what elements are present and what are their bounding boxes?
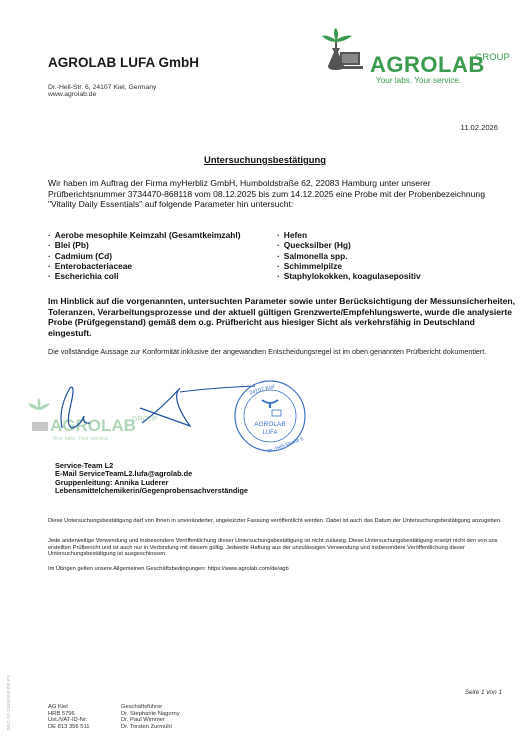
logo-tagline: Your labs. Your service. [376,76,461,85]
company-address: Dr.-Hell-Str. 6, 24107 Kiel, Germany www… [48,84,156,99]
footer-vat-number: DE 813 356 511 [48,724,89,731]
address-line: Dr.-Hell-Str. 6, 24107 Kiel, Germany [48,84,156,91]
svg-text:Dr.-Hell-Straße 6: Dr.-Hell-Straße 6 [267,436,305,454]
fine-print-terms: Im Übrigen gelten unsere Allgemeinen Ges… [48,566,518,573]
footer-manager: Dr. Paul Wimmer [121,717,180,724]
watermark-plant-icon [28,398,50,434]
parameter-item: Staphylokokken, koagulasepositiv [277,271,497,281]
company-name: AGROLAB LUFA GmbH [48,55,199,70]
parameter-item: Blei (Pb) [48,240,277,250]
fine-print-publication: Diese Untersuchungsbestätigung darf von … [48,518,518,525]
svg-text:LUFA: LUFA [262,430,277,436]
footer-management-label: Geschäftsführer [121,704,180,711]
logo-wordmark: AGROLAB [370,52,485,78]
parameter-item: Cadmium (Cd) [48,251,277,261]
footer-management: Geschäftsführer Dr. Stephanie Nagorny Dr… [121,704,180,730]
footer-manager: Dr. Torsten Zurmühl [121,724,180,731]
website-link[interactable]: www.agrolab.de [48,91,156,98]
footer-court: AG Kiel [48,704,89,711]
agrolab-logo: AGROLAB GROUP Your labs. Your service. [320,28,510,90]
lead-role: Lebensmittelchemikerin/Gegenprobensachve… [55,487,248,495]
parameter-list: Aerobe mesophile Keimzahl (Gesamtkeimzah… [48,230,508,281]
footer-manager: Dr. Stephanie Nagorny [121,711,180,718]
flask-plant-laptop-icon [320,28,368,76]
parameter-item: Enterobacteriaceae [48,261,277,271]
fine-print-restrictions: Jede anderweitige Verwendung und insbeso… [48,538,518,558]
footer-vat-label: Ust./VAT-ID-Nr: [48,717,89,724]
document-title: Untersuchungsbestätigung [0,154,530,165]
handwritten-signature [50,378,260,448]
intro-paragraph: Wir haben im Auftrag der Firma myHerbliz… [48,178,508,210]
parameter-item: Quecksilber (Hg) [277,240,497,250]
parameter-item: Hefen [277,230,497,240]
footer-registration: AG Kiel HRB 5796 Ust./VAT-ID-Nr: DE 813 … [48,704,89,730]
logo-group: GROUP [475,52,510,63]
parameter-item: Escherichia coli [48,271,277,281]
conformity-note: Die vollständige Aussage zur Konformität… [48,348,518,356]
company-stamp: AGROLAB LUFA 24107 Kiel Dr.-Hell-Straße … [232,378,308,454]
signature-area: AGROLAB GROUP Your labs. Your service. A… [20,378,320,458]
svg-text:AGROLAB: AGROLAB [254,421,285,428]
parameter-item: Salmonella spp. [277,251,497,261]
document-code: DOC-12-21494492-DE-P1 [6,675,11,730]
document-date: 11.02.2026 [461,123,498,132]
parameter-item: Schimmelpilze [277,261,497,271]
footer-hrb: HRB 5796 [48,711,89,718]
page-number: Seite 1 von 1 [465,689,502,696]
parameter-item: Aerobe mesophile Keimzahl (Gesamtkeimzah… [48,230,277,240]
signature-block: Service-Team L2 E-Mail ServiceTeamL2.luf… [55,462,248,496]
verdict-paragraph: Im Hinblick auf die vorgenannten, unters… [48,296,518,338]
